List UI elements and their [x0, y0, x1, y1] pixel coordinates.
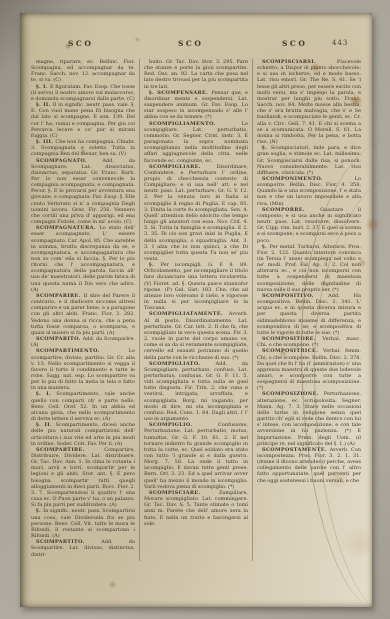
dictionary-entry: SCOMPIGLIATAMENTE. Avverb. Al di posto, …	[144, 311, 248, 360]
entry-headword: SCOMPIGLIATO.	[149, 361, 216, 367]
page-header: SCO SCO SCO 443	[20, 39, 372, 53]
dictionary-entry: §. SCOMPENSARE. Pensar que, e disordinar…	[144, 90, 248, 121]
entry-headword: SCOMPARTIMENTO.	[36, 348, 129, 354]
entry-headword: SCOMPOSITIVO.	[262, 293, 328, 299]
dictionary-entry: SCOMPARTITO. Add. da Scompartire. Lat. d…	[31, 539, 135, 557]
dictionary-entry: SCOMPOSITORE. Verbal. masc. Chi, o che s…	[257, 336, 361, 348]
entry-headword: SCOMPIGLIATAMENTE.	[149, 311, 229, 317]
entry-headword: SCOMPIGLIARE.	[149, 164, 216, 170]
entry-headword: SCOMPONIMENTO.	[262, 176, 355, 182]
dictionary-entry: §. I. E figuratam. Fav. Esop. Che tosse …	[31, 84, 135, 102]
entry-headword: §. I.	[36, 391, 56, 397]
dictionary-entry: SCOMPIGLIARE. Disordinare, Confondere, e…	[144, 164, 248, 263]
book-scan-screenshot: SCO SCO SCO 443 magne, riparare, ec. Bel…	[0, 0, 390, 619]
text-column-left: magne, riparare, ec. Bellinc. Fior. Scom…	[27, 59, 140, 561]
entry-headword: §. II.	[36, 102, 53, 108]
dictionary-entry: buito. Gr. Tac. Dav. Stor. 3. 295. Pare …	[144, 59, 248, 90]
dictionary-entry: §. II. Scompartimento, dicesi anche dell…	[31, 422, 135, 447]
entry-headword: SCOMPISCIARE.	[149, 490, 219, 496]
entry-headword: SCOMPOSITRICE.	[262, 348, 323, 354]
dictionary-entry: §. I. Scompartimento, vale anche quello …	[31, 391, 135, 422]
entry-headword: §.	[36, 508, 43, 514]
running-head: SCO	[178, 39, 203, 48]
dictionary-entry: SCOMPARIRE. Il dire del Parere il contra…	[31, 293, 135, 336]
entry-headword: §. III.	[36, 139, 55, 145]
dictionary-entry: SCOMPARTIRE. Compartire, Distribuire, Di…	[31, 447, 135, 509]
dictionary-entry: SCOMPISCIARE. Zampillare, Morare scompig…	[144, 490, 248, 527]
dictionary-entry: §. Scompisciatori, inde para, e dice gra…	[257, 145, 361, 176]
entry-headword: SCOMPIGLIAMENTO.	[149, 121, 242, 127]
entry-headword: SCOMPARTITO.	[36, 539, 101, 545]
entry-headword: SCOMPOSTAMENTE.	[262, 447, 330, 453]
dictionary-entry: §. Per iscompigli. G. F. 8. 89. Orlicola…	[144, 262, 248, 311]
text-body: magne, riparare, ec. Bellinc. Fior. Scom…	[27, 59, 365, 561]
entry-headword: §. II.	[36, 422, 55, 428]
page-number: 443	[332, 39, 348, 47]
entry-headword: §.	[262, 244, 269, 250]
entry-headword: §.	[262, 145, 271, 151]
dictionary-entry: SCOMPOSITRICE. Verbal. femm. Chi, o che …	[257, 348, 361, 391]
entry-headword: §. SCOMPENSARE.	[149, 90, 211, 96]
dictionary-entry: SCOMPAGNATO. Add. da Scompagnare. Lat. d…	[31, 158, 135, 226]
entry-headword: SCOMPOSITORE.	[262, 336, 322, 342]
entry-headword: SCOMPORRE.	[262, 207, 320, 213]
fox-stain	[365, 218, 380, 231]
text-column-right: SCOMPISCIARSI. Piacevole schietto; a Dis…	[253, 59, 365, 561]
dictionary-entry: SCOMPISCIARSI. Piacevole schietto; a Dis…	[257, 59, 361, 145]
dictionary-entry: SCOMPOSITIVO. Add. Ha scompositiva. Bell…	[257, 293, 361, 336]
dictionary-entry: SCOMPARITO. Add. da Scomparire. (A)	[31, 336, 135, 348]
dictionary-entry: SCOMPIGLIAMENTO. Lo scompigliare. Lat. p…	[144, 121, 248, 164]
entry-headword: §. I.	[36, 84, 50, 90]
entry-headword: SCOMPAGNATO.	[36, 158, 102, 164]
dictionary-entry: SCOMPIGLIATO. Add. da Scompigliare, pert…	[144, 361, 248, 423]
dictionary-entry: magne, riparare, ec. Bellinc. Fior. Scom…	[31, 59, 135, 84]
dictionary-entry: SCOMPOSTAMENTE. Avverb. Con iscompostezz…	[257, 447, 361, 484]
dictionary-entry: §. II. Il in signific. neutr. pass. vale…	[31, 102, 135, 139]
dictionary-entry: SCOMPARTIMENTO. Lo scompartire, divisio,…	[31, 348, 135, 391]
entry-headword: SCOMPISCIARSI.	[262, 59, 337, 65]
dictionary-entry: SCOMPIGLIO. Confusione, Perturbazione. L…	[144, 422, 248, 490]
dictionary-entry: SCOMPOSIZIONE. Perturbazione, alterazion…	[257, 391, 361, 446]
dictionary-entry: §. Per metaf. Turbarsi, Alterarsi. Pros.…	[257, 244, 361, 293]
dictionary-entry: §. III. Che non ha compagnia. Chiabr. 3.…	[31, 139, 135, 157]
entry-headword: SCOMPARIRE.	[36, 293, 84, 299]
entry-headword: §.	[149, 262, 160, 268]
entry-headword: SCOMPIGLIO.	[149, 422, 218, 428]
dictionary-entry: SCOMPORRE. Guastare il composto; e si us…	[257, 207, 361, 244]
running-head: SCO	[68, 39, 93, 48]
book-page: SCO SCO SCO 443 magne, riparare, ec. Bel…	[20, 13, 372, 607]
running-head: SCO	[282, 39, 307, 48]
entry-headword: SCOMPARITO.	[36, 336, 83, 342]
entry-headword: SCOMPARTIRE.	[36, 447, 104, 453]
dictionary-entry: SCOMPONIMENTO. Lo scomporre. Bellin. Dis…	[257, 176, 361, 207]
text-column-middle: buito. Gr. Tac. Dav. Stor. 3. 295. Pare …	[140, 59, 253, 561]
entry-headword: SCOMPOSIZIONE.	[262, 391, 324, 397]
entry-headword: SCOMPAGNATURA.	[36, 225, 99, 231]
dictionary-entry: §. In signific. neutr. pass. Scompartirs…	[31, 508, 135, 539]
fox-stain	[108, 581, 117, 588]
dictionary-entry: SCOMPAGNATURA. Lo stato dell' esser scom…	[31, 225, 135, 293]
